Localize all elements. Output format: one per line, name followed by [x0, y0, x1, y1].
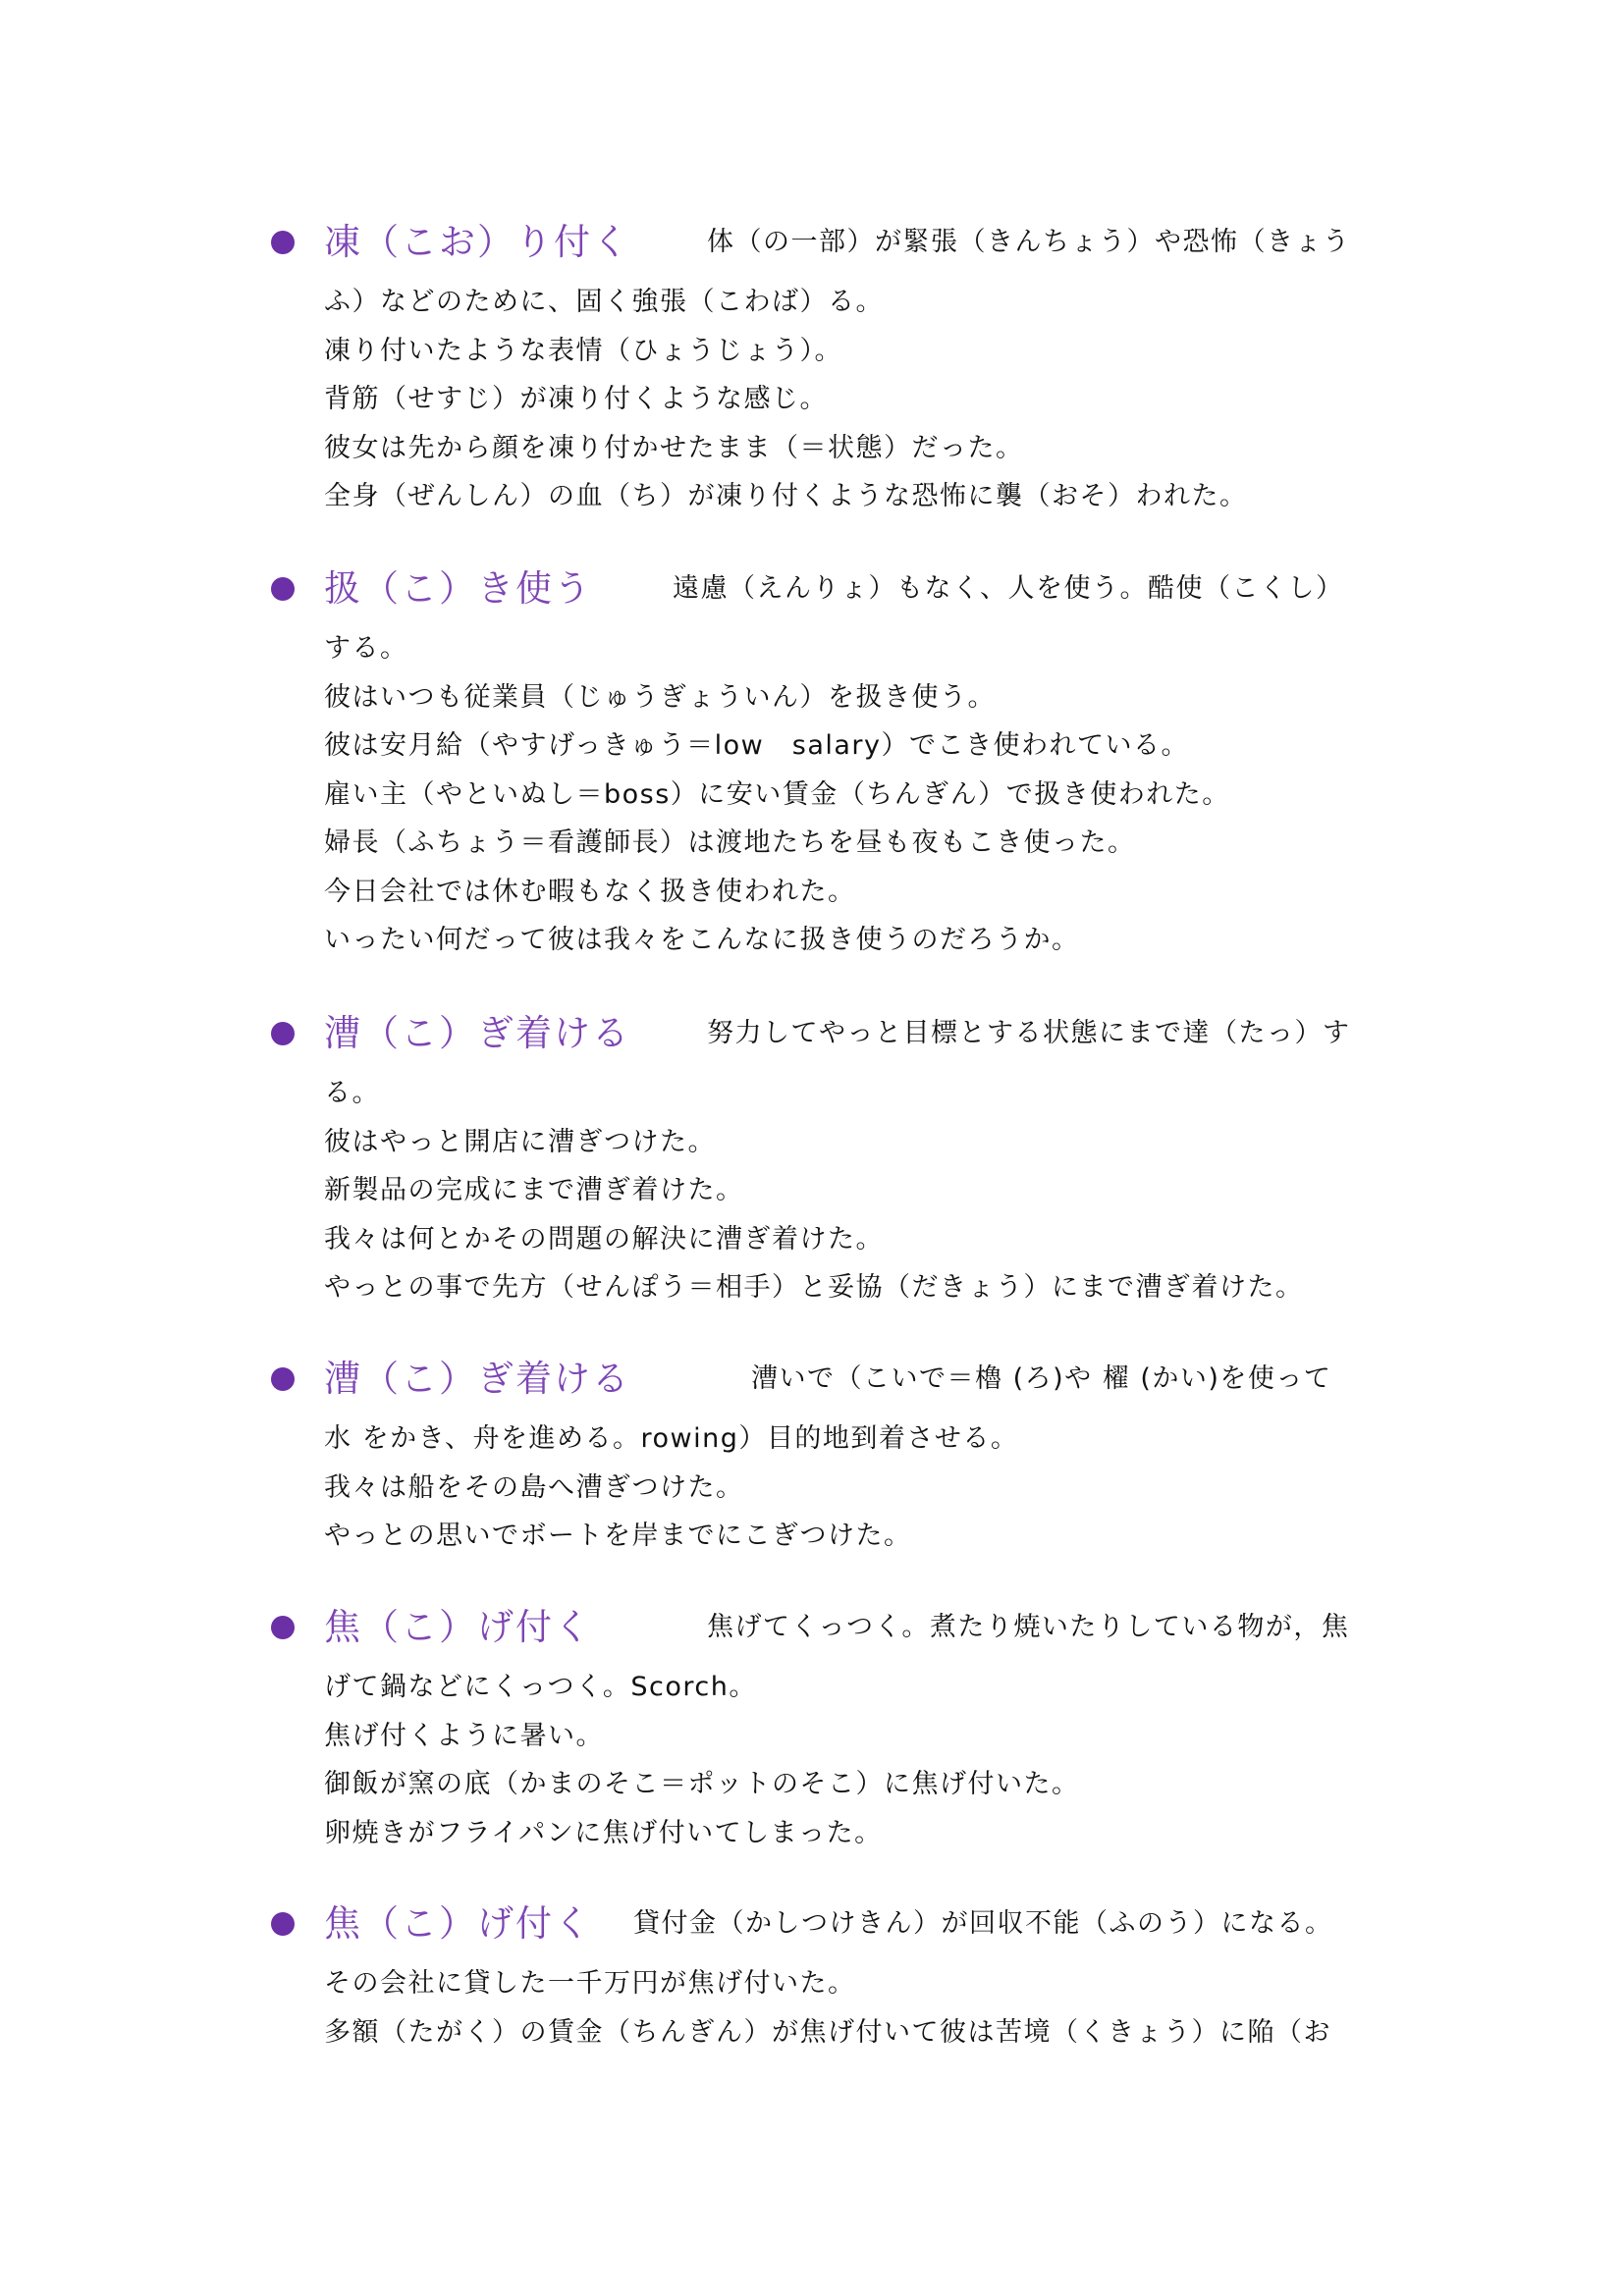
- entry-header: 漕（こ）ぎ着ける 漕いで（こいで＝櫓 (ろ)や 櫂 (かい)を使って: [265, 1350, 1394, 1409]
- definition-continuation: ふ）などのために、固く強張（こわば）る。: [324, 278, 1394, 327]
- example-sentence: 我々は何とかその問題の解決に漕ぎ着けた。: [324, 1215, 1394, 1264]
- entry-header: 凍（こお）り付く 体（の一部）が緊張（きんちょう）や恐怖（きょう: [265, 213, 1394, 272]
- headword: 凍（こお）り付く: [324, 213, 630, 272]
- bullet-icon: [271, 1912, 295, 1936]
- example-sentence: 焦げ付くように暑い。: [324, 1712, 1394, 1761]
- entry-body: 水 をかき、舟を進める。rowing）目的地到着させる。 我々は船をその島へ漕ぎ…: [324, 1415, 1394, 1561]
- entry-header: 漕（こ）ぎ着ける 努力してやっと目標とする状態にまで達（たっ）す: [265, 1004, 1394, 1063]
- bullet-icon: [271, 1616, 295, 1639]
- bullet-icon: [271, 231, 295, 254]
- definition-continuation: 水 をかき、舟を進める。rowing）目的地到着させる。: [324, 1415, 1394, 1464]
- definition: 体（の一部）が緊張（きんちょう）や恐怖（きょう: [707, 213, 1351, 272]
- dictionary-entry: 扱（こ）き使う 遠慮（えんりょ）もなく、人を使う。酷使（こくし） する。 彼はい…: [265, 560, 1394, 965]
- example-sentence: やっとの事で先方（せんぽう＝相手）と妥協（だきょう）にまで漕ぎ着けた。: [324, 1263, 1394, 1312]
- example-sentence: 我々は船をその島へ漕ぎつけた。: [324, 1464, 1394, 1513]
- bullet-icon: [271, 577, 295, 601]
- headword: 焦（こ）げ付く: [324, 1598, 592, 1657]
- example-sentence: 彼はいつも従業員（じゅうぎょういん）を扱き使う。: [324, 673, 1394, 722]
- example-sentence: 新製品の完成にまで漕ぎ着けた。: [324, 1166, 1394, 1215]
- entry-body: る。 彼はやっと開店に漕ぎつけた。 新製品の完成にまで漕ぎ着けた。 我々は何とか…: [324, 1069, 1394, 1312]
- example-sentence: いったい何だって彼は我々をこんなに扱き使うのだろうか。: [324, 916, 1394, 965]
- example-sentence: 御飯が窯の底（かまのそこ＝ポットのそこ）に焦げ付いた。: [324, 1760, 1394, 1809]
- example-sentence: 卵焼きがフライパンに焦げ付いてしまった。: [324, 1809, 1394, 1858]
- example-sentence: 彼はやっと開店に漕ぎつけた。: [324, 1118, 1394, 1167]
- example-sentence: 今日会社では休む暇もなく扱き使われた。: [324, 868, 1394, 917]
- entry-body: する。 彼はいつも従業員（じゅうぎょういん）を扱き使う。 彼は安月給（やすげっき…: [324, 624, 1394, 965]
- bullet-icon: [271, 1367, 295, 1391]
- definition: 漕いで（こいで＝櫓 (ろ)や 櫂 (かい)を使って: [751, 1350, 1331, 1409]
- entry-header: 扱（こ）き使う 遠慮（えんりょ）もなく、人を使う。酷使（こくし）: [265, 560, 1394, 618]
- entry-body: げて鍋などにくっつく。Scorch。 焦げ付くように暑い。 御飯が窯の底（かまの…: [324, 1663, 1394, 1857]
- definition: 遠慮（えんりょ）もなく、人を使う。酷使（こくし）: [673, 560, 1343, 618]
- example-sentence: 彼は安月給（やすげっきゅう＝low salary）でこき使われている。: [324, 721, 1394, 771]
- dictionary-entry: 凍（こお）り付く 体（の一部）が緊張（きんちょう）や恐怖（きょう ふ）などのため…: [265, 213, 1394, 521]
- entry-body: その会社に貸した一千万円が焦げ付いた。 多額（たがく）の賃金（ちんぎん）が焦げ付…: [324, 1959, 1394, 2056]
- example-sentence: 凍り付いたような表情（ひょうじょう）。: [324, 327, 1394, 376]
- headword: 扱（こ）き使う: [324, 560, 592, 618]
- dictionary-entry: 漕（こ）ぎ着ける 努力してやっと目標とする状態にまで達（たっ）す る。 彼はやっ…: [265, 1004, 1394, 1312]
- definition-continuation: る。: [324, 1069, 1394, 1118]
- example-sentence: 全身（ぜんしん）の血（ち）が凍り付くような恐怖に襲（おそ）われた。: [324, 472, 1394, 521]
- document-page: 凍（こお）り付く 体（の一部）が緊張（きんちょう）や恐怖（きょう ふ）などのため…: [0, 0, 1624, 2296]
- example-sentence: 背筋（せすじ）が凍り付くような感じ。: [324, 375, 1394, 424]
- headword: 焦（こ）げ付く: [324, 1895, 592, 1953]
- bullet-icon: [271, 1022, 295, 1045]
- headword: 漕（こ）ぎ着ける: [324, 1004, 630, 1063]
- example-sentence: 彼女は先から顔を凍り付かせたまま（＝状態）だった。: [324, 424, 1394, 473]
- definition: 貸付金（かしつけきん）が回収不能（ふのう）になる。: [633, 1895, 1333, 1953]
- example-sentence: 婦長（ふちょう＝看護師長）は渡地たちを昼も夜もこき使った。: [324, 819, 1394, 868]
- entry-body: ふ）などのために、固く強張（こわば）る。 凍り付いたような表情（ひょうじょう）。…: [324, 278, 1394, 521]
- example-sentence: やっとの思いでボートを岸までにこぎつけた。: [324, 1512, 1394, 1561]
- example-sentence: 多額（たがく）の賃金（ちんぎん）が焦げ付いて彼は苦境（くきょう）に陥（お: [324, 2008, 1394, 2057]
- entry-header: 焦（こ）げ付く 焦げてくっつく。煮たり焼いたりしている物が，焦: [265, 1598, 1394, 1657]
- example-sentence: 雇い主（やといぬし＝boss）に安い賃金（ちんぎん）で扱き使われた。: [324, 771, 1394, 820]
- entry-header: 焦（こ）げ付く 貸付金（かしつけきん）が回収不能（ふのう）になる。: [265, 1895, 1394, 1953]
- definition-continuation: げて鍋などにくっつく。Scorch。: [324, 1663, 1394, 1712]
- dictionary-entry: 焦（こ）げ付く 貸付金（かしつけきん）が回収不能（ふのう）になる。 その会社に貸…: [265, 1895, 1394, 2056]
- example-sentence: その会社に貸した一千万円が焦げ付いた。: [324, 1959, 1394, 2008]
- definition-continuation: する。: [324, 624, 1394, 673]
- definition: 努力してやっと目標とする状態にまで達（たっ）す: [707, 1004, 1351, 1063]
- dictionary-entry: 漕（こ）ぎ着ける 漕いで（こいで＝櫓 (ろ)や 櫂 (かい)を使って 水 をかき…: [265, 1350, 1394, 1561]
- definition: 焦げてくっつく。煮たり焼いたりしている物が，焦: [707, 1598, 1349, 1657]
- dictionary-entry: 焦（こ）げ付く 焦げてくっつく。煮たり焼いたりしている物が，焦 げて鍋などにくっ…: [265, 1598, 1394, 1857]
- headword: 漕（こ）ぎ着ける: [324, 1350, 630, 1409]
